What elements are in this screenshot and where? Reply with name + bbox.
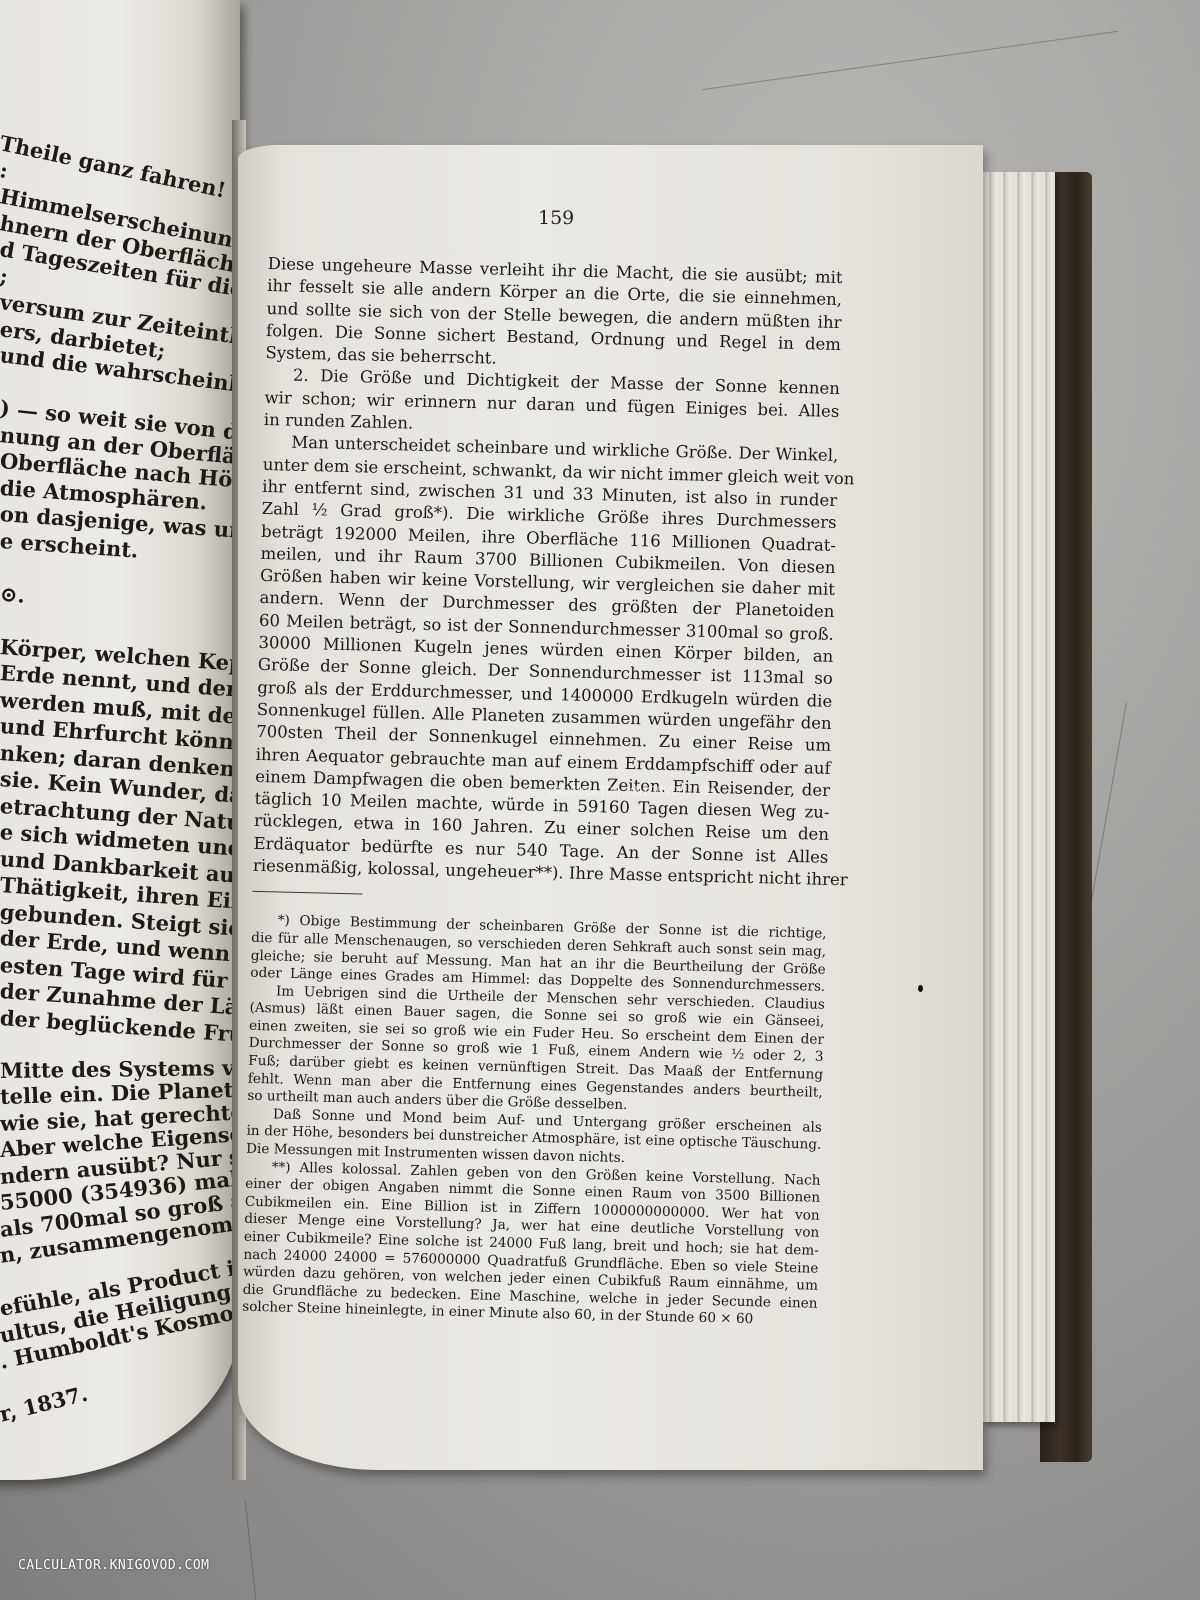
watermark-overlay: CALCULATOR.KNIGOVOD.COM: [548, 784, 714, 798]
table-crack: [245, 1500, 256, 1600]
left-page-text: Theile ganz fahren! Sogar:Himmelserschei…: [0, 130, 240, 1429]
ink-spot: [918, 985, 923, 992]
page-block-edge: [983, 172, 1055, 1422]
watermark: CALCULATOR.KNIGOVOD.COM: [18, 1558, 210, 1573]
footnotes: *) Obige Bestimmung der scheinbaren Größ…: [242, 912, 827, 1331]
right-page-text: Diese ungeheure Masse verleiht ihr die M…: [242, 253, 843, 1331]
left-page: Theile ganz fahren! Sogar:Himmelserschei…: [0, 0, 240, 1480]
footnote-divider: [252, 891, 362, 895]
table-crack: [702, 31, 1118, 90]
page-number: 159: [538, 207, 574, 229]
right-page: 159 Diese ungeheure Masse verleiht ihr d…: [238, 145, 983, 1470]
